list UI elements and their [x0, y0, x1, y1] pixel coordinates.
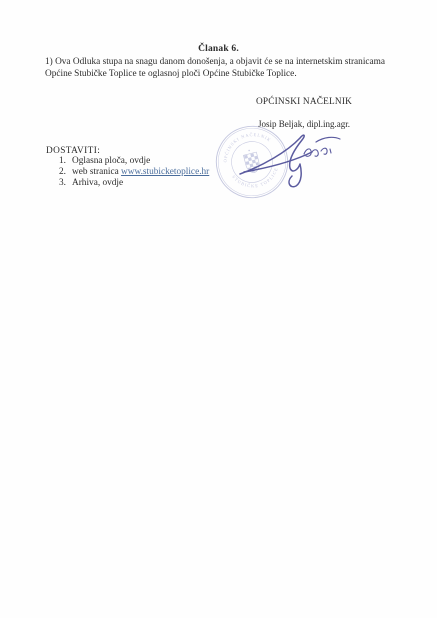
website-link[interactable]: www.stubicketoplice.hr: [121, 167, 209, 177]
list-item-number: 3.: [59, 178, 72, 189]
list-item: 2.web stranica www.stubicketoplice.hr: [59, 167, 236, 178]
document-page: Članak 6. 1) Ova Odluka stupa na snagu d…: [0, 0, 437, 618]
list-item-text: Arhiva, ovdje: [72, 178, 123, 188]
signatory-title: OPĆINSKI NAČELNIK: [245, 97, 363, 107]
list-item-text: Oglasna ploča, ovdje: [72, 156, 150, 166]
list-item-number: 2.: [59, 167, 72, 178]
article-heading: Članak 6.: [0, 44, 437, 54]
article-paragraph: 1) Ova Odluka stupa na snagu danom donoš…: [45, 57, 394, 80]
list-item: 3.Arhiva, ovdje: [59, 178, 236, 189]
distribution-block: DOSTAVITI: 1.Oglasna ploča, ovdje 2.web …: [46, 146, 236, 190]
list-item-number: 1.: [59, 156, 72, 167]
signature: [232, 122, 347, 192]
list-item: 1.Oglasna ploča, ovdje: [59, 156, 236, 167]
distribution-heading: DOSTAVITI:: [46, 146, 236, 156]
list-item-text: web stranica: [72, 167, 121, 177]
